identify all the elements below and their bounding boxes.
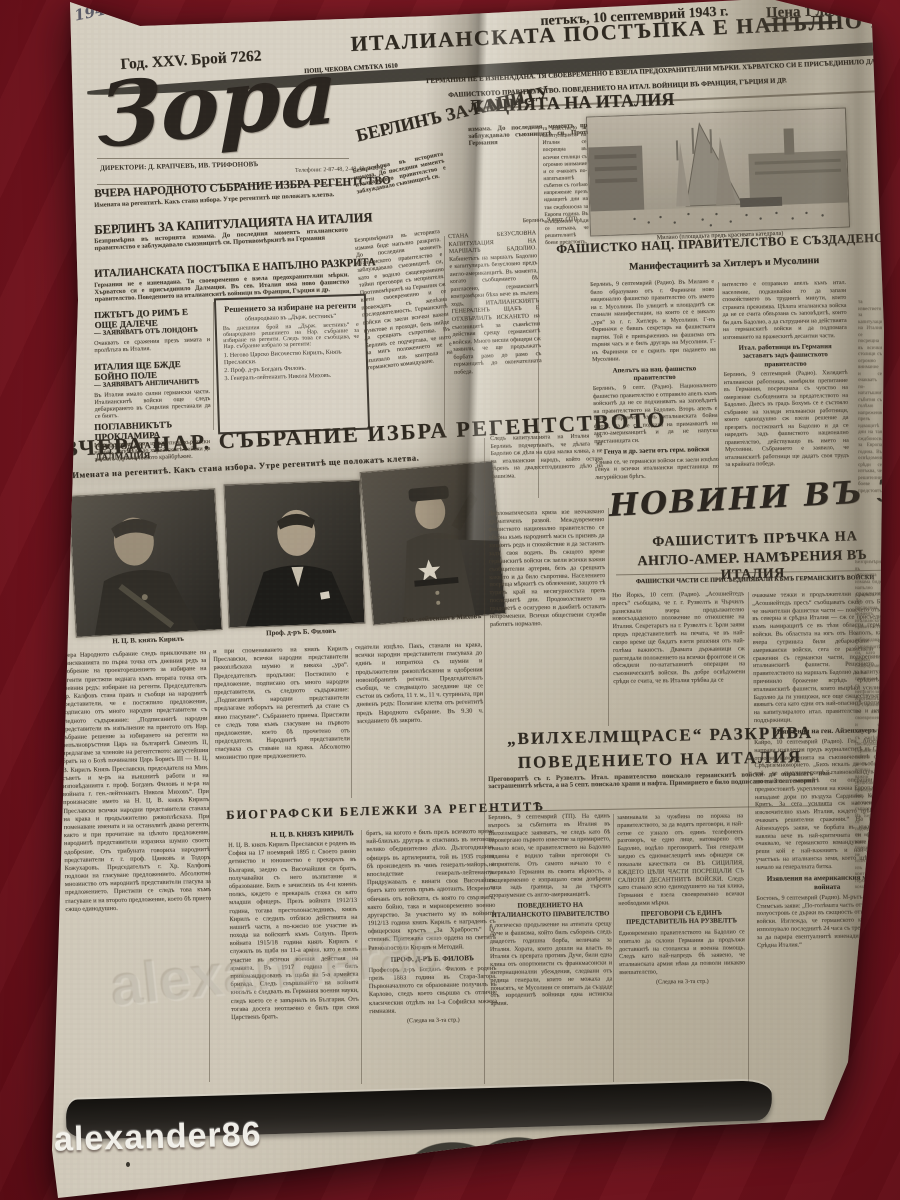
milan-column-b: вителство е отправило апелъ къмъ итал. н… <box>722 280 850 504</box>
directors-names: Д. КРАПЧЕВЪ, ИВ. ТРИФОНОВЪ <box>148 160 258 171</box>
berlin-column-2: СТАНА БЕЗУСЛОВНА КАПИТУЛАЦИЯ НА МАРШАЛЪ … <box>448 230 545 432</box>
regency-column-1: Вчера Народното събрание следъ приключва… <box>60 649 215 1086</box>
regency-column-3: седатели изцѣло. Пакъ, станали на крака,… <box>355 641 485 798</box>
wilhelm-conduct-subhead: ПОВЕДЕНИЕТО НА ИТАЛИАНСКОТО ПРАВИТЕЛСТВО <box>489 901 611 920</box>
watermark-alexander86: alexander86 <box>54 1115 263 1159</box>
wilhelm-continues: (Следва на 3-та стр.) <box>619 978 745 987</box>
milan-subhead: Манифестациитѣ за Хитлеръ и Мусолини <box>618 255 830 273</box>
milan-photo-image <box>587 109 849 236</box>
berlin-deck-left: Безпримѣрна въ историята измама. До посл… <box>352 150 451 211</box>
novini-stimson-subhead: Изявления на американския м-ръ на войнат… <box>756 873 898 893</box>
photograph-of-newspaper: 1943. Год. XXV. Брой 7262 ПОЩ. ЧЕКОВА СМ… <box>0 0 900 1200</box>
regents-decision-box: Решението за избиране на регенти обнарод… <box>214 294 370 435</box>
bio-continues: (Следва на 3-та стр.) <box>369 1017 497 1027</box>
left-article-5-body: Въ Италия имало силни германски части. И… <box>94 388 211 418</box>
wilhelm-col2b-text: Едновременно правителството на Бадолио с… <box>619 928 746 977</box>
novini-column-1: Ню Йоркъ, 10 септ. (Радио). „Асошиейтедъ… <box>612 590 746 726</box>
portrait-filov-caption: Проф. д-ръ Б. Филовъ <box>246 626 356 638</box>
regency-divider-1 <box>209 652 210 1082</box>
milan-photo <box>586 107 850 236</box>
novini-column-2: очакваме тежки и продължителни сражения.… <box>752 590 900 1092</box>
wilhelm-column-2: заминавали за чужбина по поржка на прави… <box>617 812 747 1086</box>
wilhelm-negotiations-subhead: ПРЕГОВОРИ СЪ ЕДИНЪ ПРЕДСТАВИТЕЛЬ НА РУЗВ… <box>618 909 744 928</box>
wilhelm-deck: Преговоритѣ съ г. Рузвелтъ. Итал. правит… <box>488 770 832 804</box>
bio-subhead-kiril: Н. Ц. В. КНЯЗЪ КИРИЛЪ <box>252 829 372 840</box>
milan-genova-body: Узнава се, че германски войски сж заели … <box>595 457 720 483</box>
novini-divider <box>748 592 749 1084</box>
milan-column-a: Берлинъ, 9 септемврий (Радио). Въ Милано… <box>590 279 720 504</box>
milan-col-divider <box>718 282 719 500</box>
directors-label: ДИРЕКТОРИ: <box>100 163 147 172</box>
wilhelm-divider <box>613 814 614 1082</box>
milan-col-b-text: вителство е отправило апелъ къмъ итал. н… <box>722 280 847 342</box>
milan-workers-body: Берлинъ, 9 септемврий (Радио). Хилядитѣ … <box>724 370 850 470</box>
regents-box-body: Въ днешния брой на „Държ. вестникъ“ е об… <box>223 322 360 350</box>
middle-divider <box>608 508 609 726</box>
milan-workers-subhead: Итал. работници въ Германия заставатъ за… <box>723 343 847 371</box>
portrait-photo-filov <box>224 480 366 629</box>
novini-stimson-body: Бостонъ, 9 септемврий (Радио). М-рътъ на… <box>756 893 899 950</box>
milan-apel-subhead: Апелътъ на нац. фашистко правителство <box>592 364 716 384</box>
portrait-kiril-image <box>69 489 221 636</box>
berlin-col-divider <box>444 236 445 430</box>
folded-page-headline-fragment <box>407 1132 560 1198</box>
regency-column-2: и при споменаването на князъ Кирилъ Прес… <box>213 645 351 800</box>
left-article-4-body: Очакватъ се сражения презъ зимата и прол… <box>94 336 211 357</box>
portrait-photo-kiril <box>68 488 222 637</box>
portrait-filov-image <box>225 481 365 628</box>
wilhelm-column-1: Берлинъ, 9 септемврий (ТП). На единъ въп… <box>488 812 614 1086</box>
spread-divider <box>484 438 485 1084</box>
wilhelm-col1b-text: е логическо продължение на атентата срещ… <box>490 920 613 1008</box>
handwritten-note: 1943. <box>73 0 123 25</box>
directors-rule-top <box>97 158 349 159</box>
novini-col2-intro: очакваме тежки и продължителни сражения.… <box>752 590 896 725</box>
wilhelm-col1-text: Берлинъ, 9 септемврий (ТП). На единъ въп… <box>488 812 611 900</box>
wilhelm-col2-text: заминавали за чужбина по поржка на прави… <box>617 812 744 908</box>
newspaper: 1943. Год. XXV. Брой 7262 ПОЩ. ЧЕКОВА СМ… <box>0 0 900 1200</box>
newspaper-front-page: 1943. Год. XXV. Брой 7262 ПОЩ. ЧЕКОВА СМ… <box>0 0 900 1200</box>
middle-continuation-1: Дипломатическата криза взе неочаквано др… <box>488 508 608 722</box>
ink-speck <box>126 1162 130 1167</box>
milan-col-a-text: Берлинъ, 9 септемврий (Радио). Въ Милано… <box>590 279 716 365</box>
middle-continuation-0: Следъ капитулацията на Италия въ Берлинъ… <box>490 433 604 504</box>
regency-divider-2 <box>351 648 352 798</box>
